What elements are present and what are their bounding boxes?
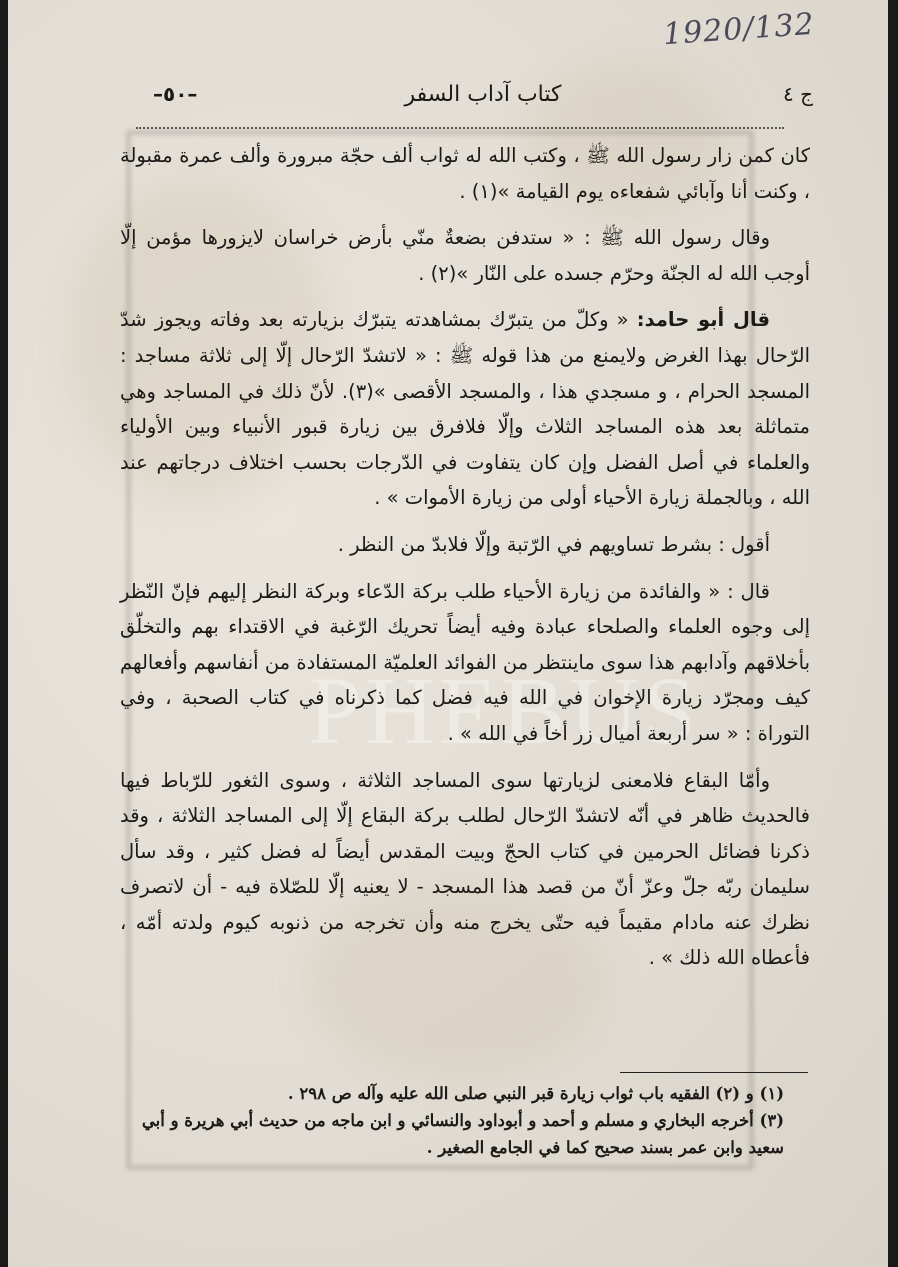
volume-label: ج ٤ [783,82,813,106]
running-header: ج ٤ كتاب آداب السفر –٥٠– [153,82,813,122]
footnote: (١) و (٢) الفقيه باب ثواب زيارة قبر النب… [126,1080,810,1107]
scanned-book-page: 1920/132 ج ٤ كتاب آداب السفر –٥٠– PHEBUS… [8,0,888,1267]
book-section-title: كتاب آداب السفر [405,82,562,107]
paragraph: كان كمن زار رسول الله ﷺ ، وكتب الله له ث… [120,138,810,209]
footnotes: (١) و (٢) الفقيه باب ثواب زيارة قبر النب… [126,1080,810,1161]
paragraph: وأمّا البقاع فلامعنى لزيارتها سوى المساج… [120,763,810,977]
paragraph: وقال رسول الله ﷺ : « ستدفن بضعةٌ منّي بأ… [120,220,810,291]
paragraph-text: « وكلّ من يتبرّك بمشاهدته يتبرّك بزيارته… [120,308,810,509]
main-text: كان كمن زار رسول الله ﷺ ، وكتب الله له ث… [120,138,810,987]
paragraph: قال : « والفائدة من زيارة الأحياء طلب بر… [120,574,810,752]
footnote: (٣) أخرجه البخاري و مسلم و أحمد و أبوداو… [126,1107,810,1161]
header-divider [136,127,784,129]
speaker-label: قال أبو حامد: [637,308,770,331]
footnote-divider [620,1072,808,1073]
paragraph: قال أبو حامد: « وكلّ من يتبرّك بمشاهدته … [120,302,810,516]
paragraph: أقول : بشرط تساويهم في الرّتبة وإلّا فلا… [120,527,810,563]
page-number: –٥٠– [153,82,197,106]
handwritten-catalog-number: 1920/132 [662,7,816,52]
